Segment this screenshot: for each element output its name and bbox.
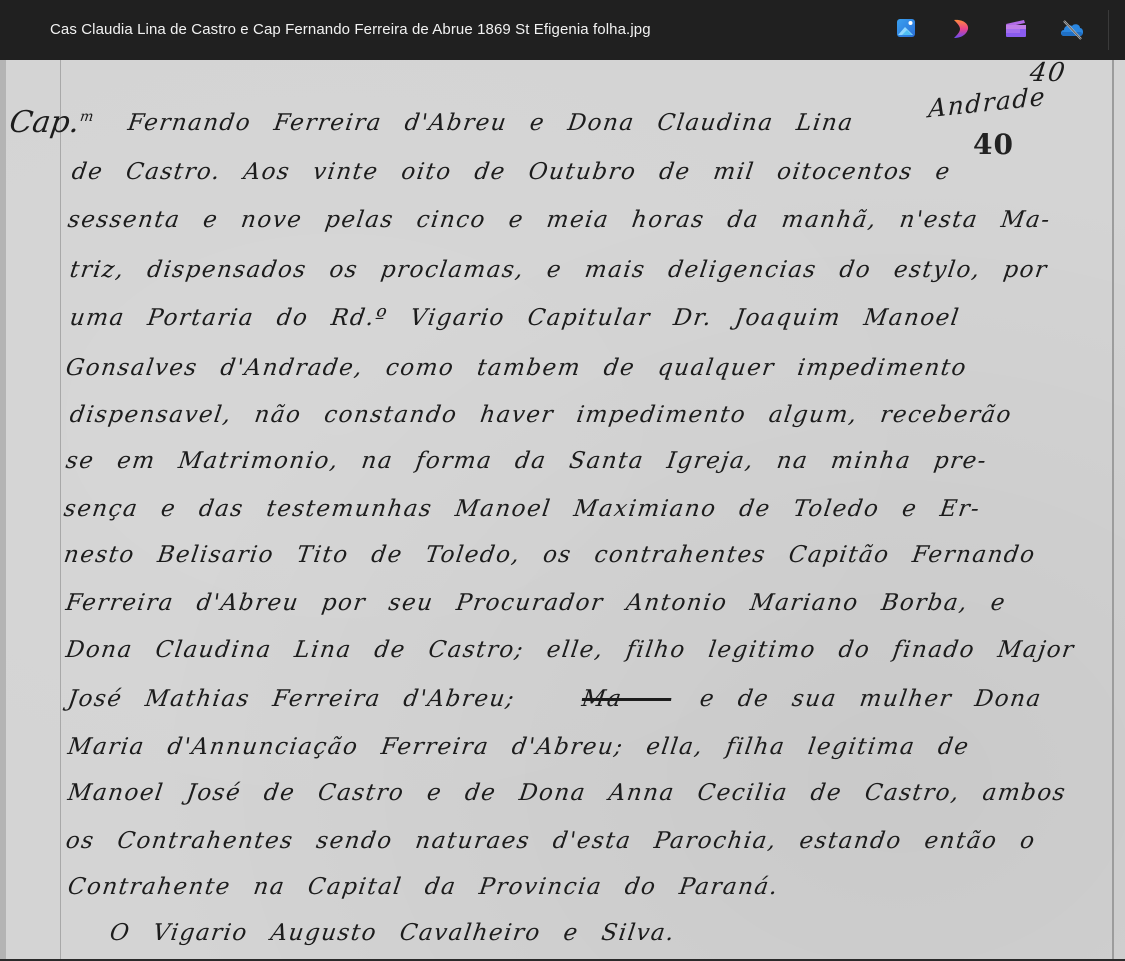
signature-line: O Vigario Augusto Cavalheiro e Silva. [108, 918, 677, 948]
onedrive-off-icon[interactable] [1059, 18, 1085, 40]
manuscript-line-3: sessenta e nove pelas cinco e meia horas… [66, 205, 1053, 235]
window-title-bar: Cas Claudia Lina de Castro e Cap Fernand… [0, 0, 1125, 60]
struck-out-text: Ma—— [580, 684, 673, 714]
page-left-edge [0, 60, 6, 959]
margin-note: Cap.m [7, 102, 95, 138]
manuscript-line-8: se em Matrimonio, na forma da Santa Igre… [64, 446, 989, 476]
app-launcher-bar [0, 18, 1125, 44]
titlebar-divider [1108, 10, 1109, 50]
manuscript-line-10: nesto Belisario Tito de Toledo, os contr… [62, 540, 1038, 570]
manuscript-line-4: triz, dispensados os proclamas, e mais d… [68, 255, 1050, 285]
manuscript-line-1: Fernando Ferreira d'Abreu e Dona Claudin… [126, 108, 856, 138]
manuscript-page: Cap.m 40 Andrade 40 Fernando Ferreira d'… [0, 60, 1125, 959]
page-right-edge-line [1112, 60, 1114, 959]
manuscript-line-13b: e de sua mulher Dona [698, 684, 1044, 714]
manuscript-line-9: sença e das testemunhas Manoel Maximiano… [62, 494, 982, 524]
designer-app-icon[interactable] [951, 18, 973, 40]
manuscript-line-14: Maria d'Annunciação Ferreira d'Abreu; el… [66, 732, 972, 762]
manuscript-line-15: Manoel José de Castro e de Dona Anna Cec… [66, 778, 1068, 808]
manuscript-line-5: uma Portaria do Rd.º Vigario Capitular D… [68, 303, 962, 333]
manuscript-line-11: Ferreira d'Abreu por seu Procurador Anto… [64, 588, 1008, 618]
manuscript-line-2: de Castro. Aos vinte oito de Outubro de … [70, 157, 953, 187]
margin-note-superscript: m [79, 109, 95, 125]
page-margin-line [60, 60, 61, 959]
page-number-stamp: 40 [973, 128, 1014, 161]
manuscript-line-16: os Contrahentes sendo naturaes d'esta Pa… [64, 826, 1038, 856]
image-viewer-canvas[interactable]: Cap.m 40 Andrade 40 Fernando Ferreira d'… [0, 60, 1125, 959]
manuscript-line-7: dispensavel, não constando haver impedim… [68, 400, 1014, 430]
manuscript-line-12: Dona Claudina Lina de Castro; elle, filh… [64, 635, 1077, 665]
manuscript-line-13a: José Mathias Ferreira d'Abreu; [66, 684, 517, 714]
photos-app-icon[interactable] [896, 18, 918, 40]
clipchamp-app-icon[interactable] [1005, 18, 1027, 40]
manuscript-line-17: Contrahente na Capital da Provincia do P… [66, 872, 781, 902]
manuscript-line-6: Gonsalves d'Andrade, como tambem de qual… [64, 353, 969, 383]
side-note-andrade: Andrade [928, 82, 1047, 125]
margin-note-text: Cap. [7, 105, 82, 140]
